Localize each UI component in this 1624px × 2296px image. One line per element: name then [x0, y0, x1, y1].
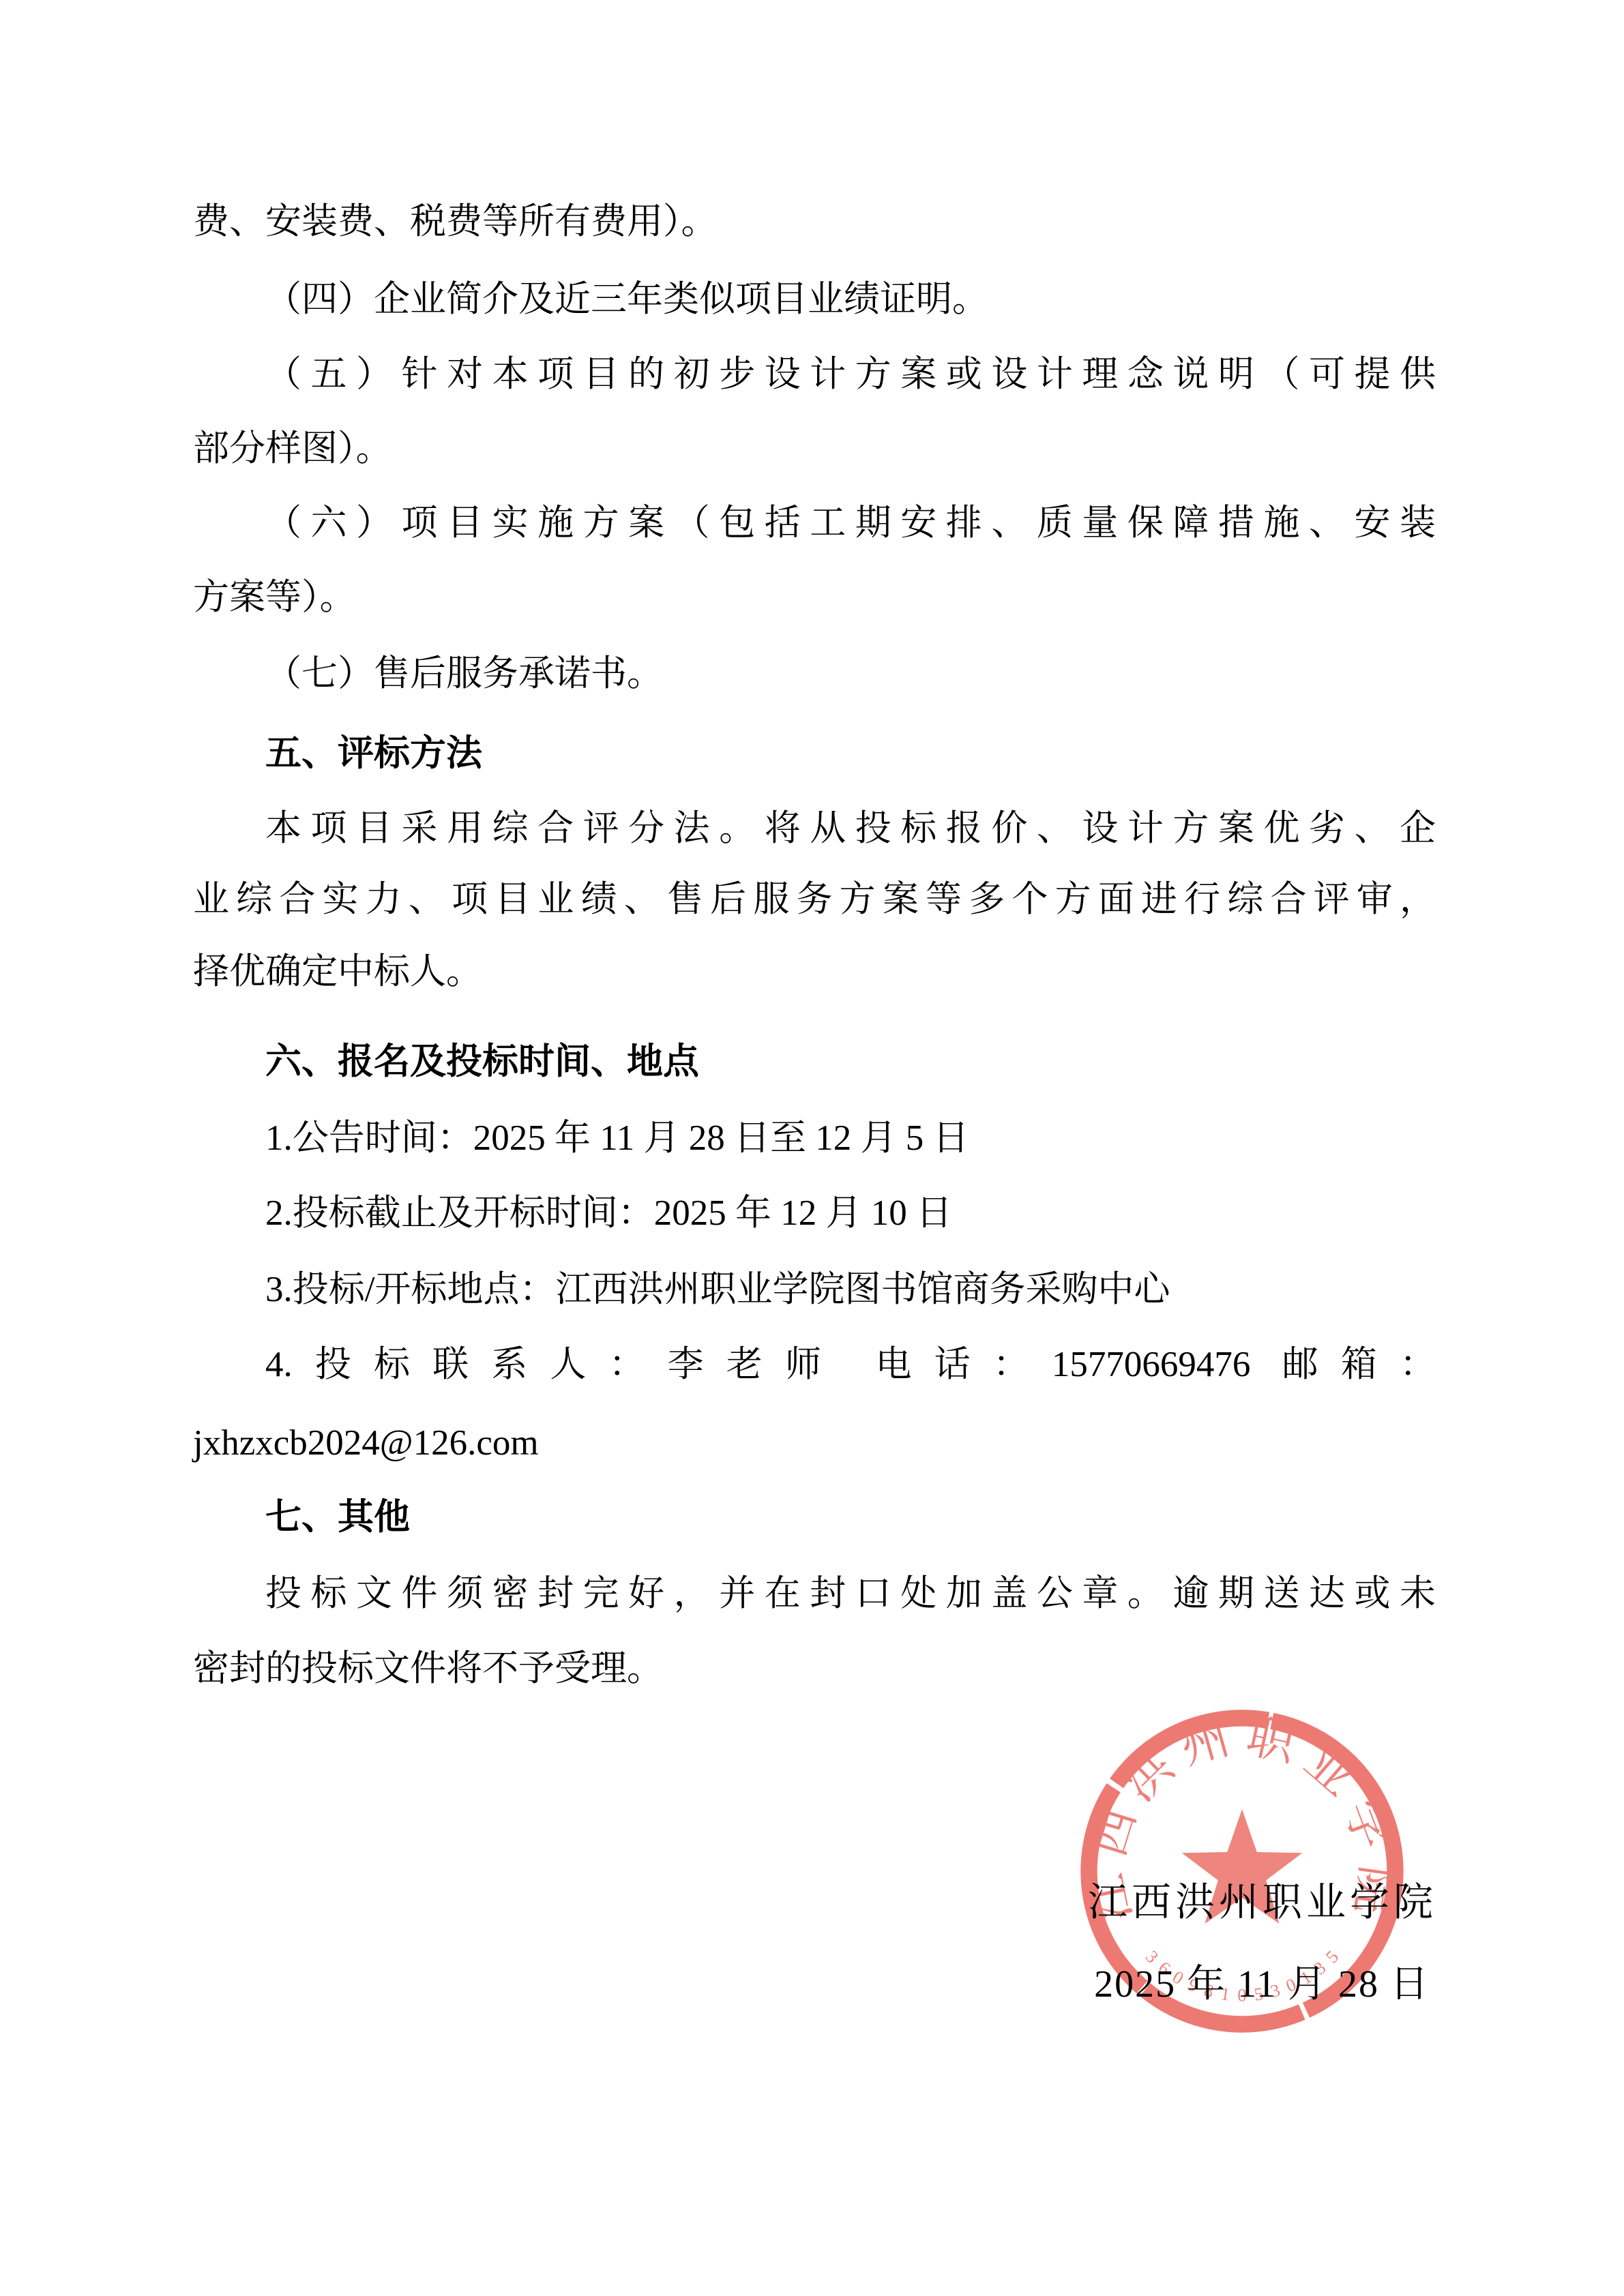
section-heading-registration-time-place: 六、报名及投标时间、地点 — [193, 1041, 1436, 1083]
document-page: 费、安装费、税费等所有费用）。 （四）企业简介及近三年类似项目业绩证明。 （五）… — [0, 0, 1624, 2296]
contact-email: jxhzxcb2024@126.com — [193, 1422, 1436, 1464]
body-line: 方案等）。 — [193, 576, 1436, 618]
body-line: 择优确定中标人。 — [193, 951, 1436, 993]
signature-organization: 江西洪州职业学院 — [1088, 1880, 1437, 1925]
list-item-bid-location: 3.投标/开标地点：江西洪州职业学院图书馆商务采购中心 — [193, 1268, 1436, 1311]
body-line: 部分样图）。 — [193, 428, 1436, 470]
section-heading-other: 七、其他 — [193, 1496, 1436, 1538]
body-line: （五）针对本项目的初步设计方案或设计理念说明（可提供 — [193, 353, 1436, 396]
body-line: 本项目采用综合评分法。将从投标报价、设计方案优劣、企 — [193, 807, 1436, 850]
list-item-contact: 4.投标联系人：李老师 电话：15770669476 邮箱： — [193, 1343, 1436, 1386]
body-line: 投标文件须密封完好，并在封口处加盖公章。逾期送达或未 — [193, 1572, 1436, 1615]
body-line: （七）售后服务承诺书。 — [193, 653, 1436, 695]
list-item-announcement-time: 1.公告时间：2025 年 11 月 28 日至 12 月 5 日 — [193, 1117, 1436, 1159]
body-line: （四）企业简介及近三年类似项目业绩证明。 — [193, 278, 1436, 320]
body-line: 费、安装费、税费等所有费用）。 — [193, 200, 1436, 243]
body-line: 业综合实力、项目业绩、售后服务方案等多个方面进行综合评审， — [193, 878, 1436, 921]
list-item-deadline-time: 2.投标截止及开标时间：2025 年 12 月 10 日 — [193, 1192, 1436, 1234]
body-line: 密封的投标文件将不予受理。 — [193, 1648, 1436, 1690]
signature-date: 2025 年 11 月 28 日 — [1094, 1963, 1430, 2006]
section-heading-evaluation-method: 五、评标方法 — [193, 732, 1436, 775]
body-line: （六）项目实施方案（包括工期安排、质量保障措施、安装 — [193, 502, 1436, 544]
